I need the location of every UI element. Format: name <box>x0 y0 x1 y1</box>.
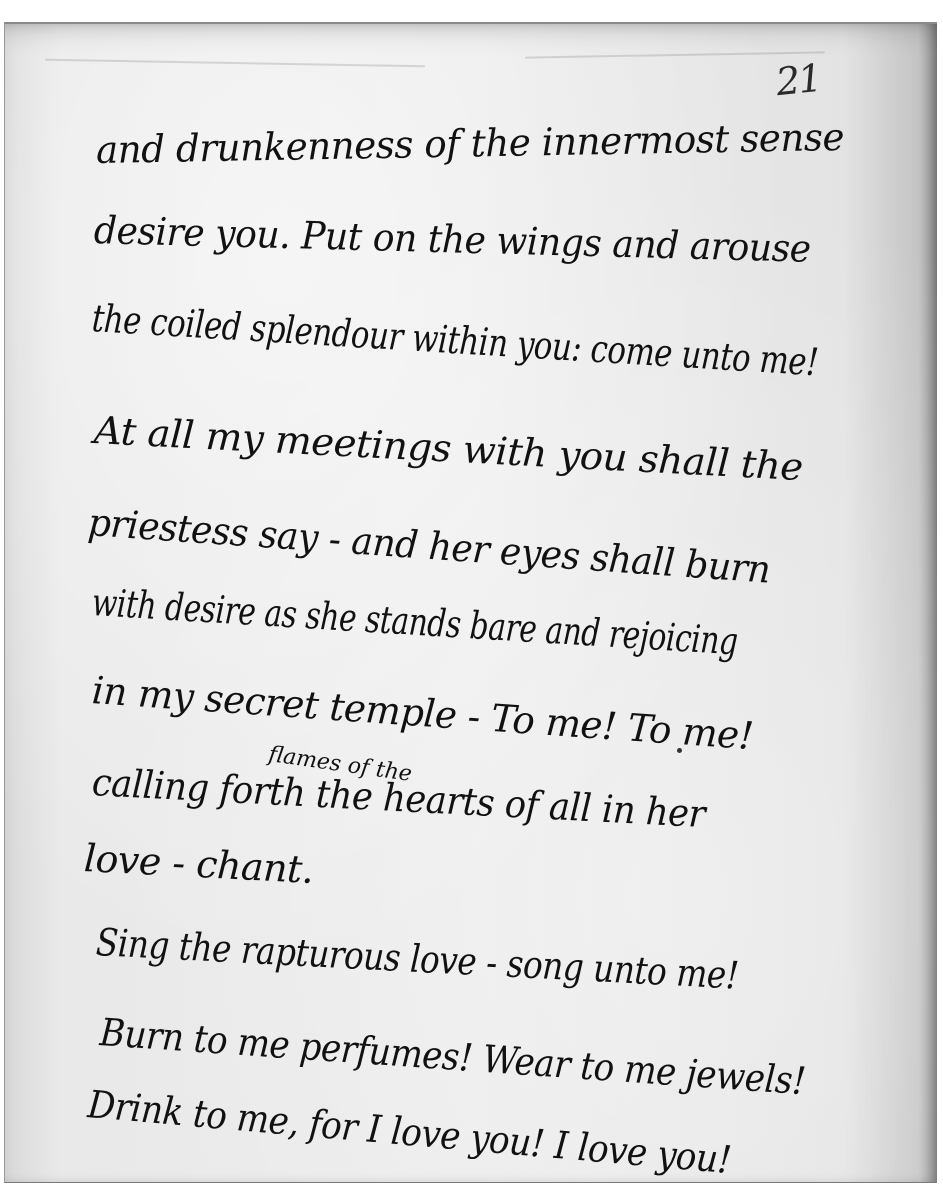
ink-dot <box>677 748 682 753</box>
paper-crease <box>45 59 425 68</box>
paper-crease <box>525 51 825 58</box>
page-number: 21 <box>774 56 823 104</box>
